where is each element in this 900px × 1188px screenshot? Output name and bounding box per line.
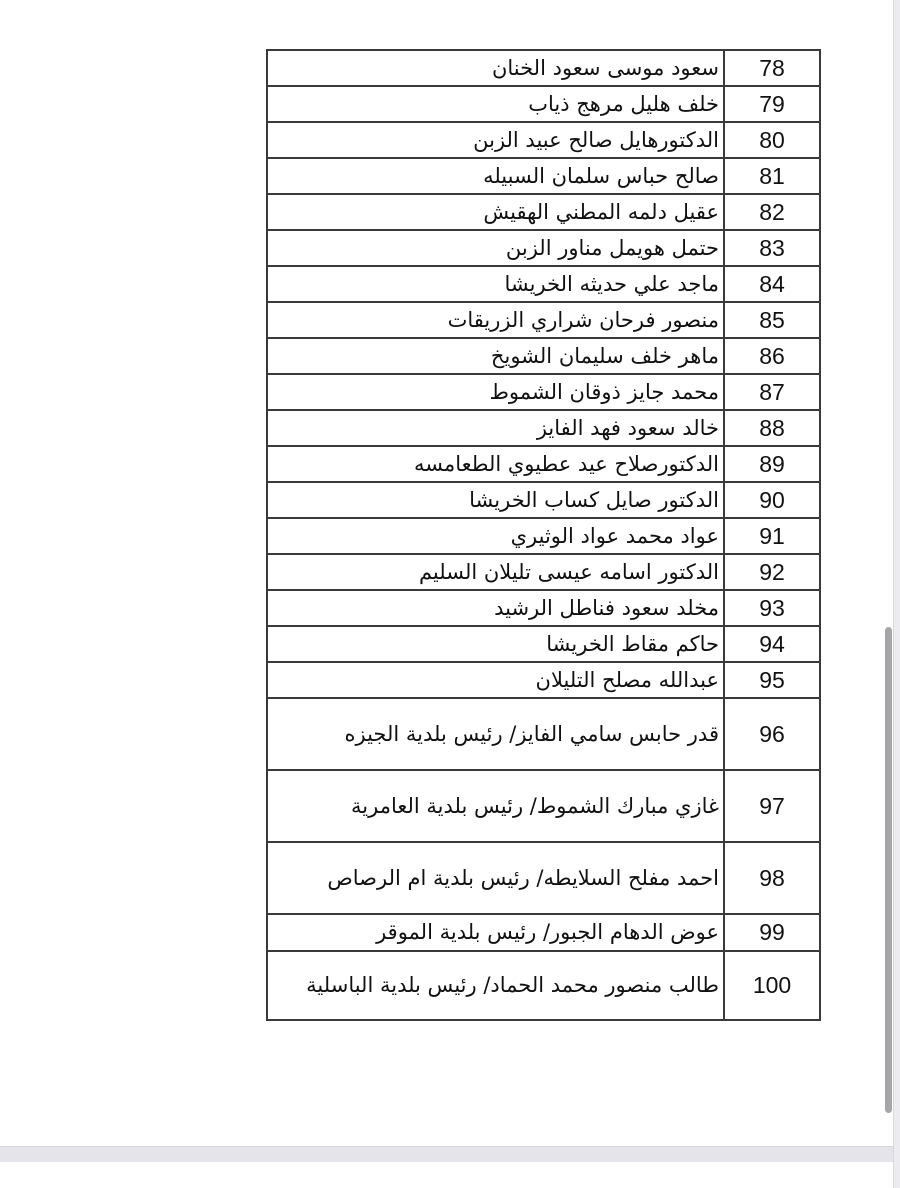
row-name: ماجد علي حديثه الخريشا — [267, 266, 724, 302]
table-row: 84 ماجد علي حديثه الخريشا — [267, 266, 820, 302]
table-row: 94 حاكم مقاط الخريشا — [267, 626, 820, 662]
row-number: 89 — [724, 446, 820, 482]
table-row: 87 محمد جايز ذوقان الشموط — [267, 374, 820, 410]
table-row: 78 سعود موسى سعود الخنان — [267, 50, 820, 86]
table-row: 81 صالح حباس سلمان السبيله — [267, 158, 820, 194]
row-number: 94 — [724, 626, 820, 662]
row-number: 93 — [724, 590, 820, 626]
table-row: 95 عبدالله مصلح التليلان — [267, 662, 820, 698]
table-row: 89 الدكتورصلاح عيد عطيوي الطعامسه — [267, 446, 820, 482]
page-separator — [0, 1146, 893, 1163]
row-name: سعود موسى سعود الخنان — [267, 50, 724, 86]
row-name: الدكتور اسامه عيسى تليلان السليم — [267, 554, 724, 590]
row-name: خلف هليل مرهج ذياب — [267, 86, 724, 122]
row-name: عواد محمد عواد الوثيري — [267, 518, 724, 554]
row-number: 92 — [724, 554, 820, 590]
row-number: 86 — [724, 338, 820, 374]
row-number: 96 — [724, 698, 820, 770]
row-name: قدر حابس سامي الفايز/ رئيس بلدية الجيزه — [267, 698, 724, 770]
row-number: 79 — [724, 86, 820, 122]
row-number: 84 — [724, 266, 820, 302]
table-row: 92 الدكتور اسامه عيسى تليلان السليم — [267, 554, 820, 590]
row-number: 82 — [724, 194, 820, 230]
table-row: 99 عوض الدهام الجبور/ رئيس بلدية الموقر — [267, 914, 820, 951]
table-row: 91 عواد محمد عواد الوثيري — [267, 518, 820, 554]
row-name: طالب منصور محمد الحماد/ رئيس بلدية الباس… — [267, 951, 724, 1020]
row-number: 95 — [724, 662, 820, 698]
row-number: 85 — [724, 302, 820, 338]
table-row: 93 مخلد سعود فناطل الرشيد — [267, 590, 820, 626]
row-name: مخلد سعود فناطل الرشيد — [267, 590, 724, 626]
table-row: 83 حتمل هويمل مناور الزبن — [267, 230, 820, 266]
row-name: منصور فرحان شراري الزريقات — [267, 302, 724, 338]
table-row: 82 عقيل دلمه المطني الهقيش — [267, 194, 820, 230]
row-name: محمد جايز ذوقان الشموط — [267, 374, 724, 410]
row-number: 100 — [724, 951, 820, 1020]
table-row: 80 الدكتورهايل صالح عبيد الزبن — [267, 122, 820, 158]
row-name: حاكم مقاط الخريشا — [267, 626, 724, 662]
table-row: 97 غازي مبارك الشموط/ رئيس بلدية العامري… — [267, 770, 820, 842]
row-name: صالح حباس سلمان السبيله — [267, 158, 724, 194]
table-row: 88 خالد سعود فهد الفايز — [267, 410, 820, 446]
row-number: 78 — [724, 50, 820, 86]
row-name: عقيل دلمه المطني الهقيش — [267, 194, 724, 230]
table-row: 86 ماهر خلف سليمان الشويخ — [267, 338, 820, 374]
table-row: 100 طالب منصور محمد الحماد/ رئيس بلدية ا… — [267, 951, 820, 1020]
table-row: 79 خلف هليل مرهج ذياب — [267, 86, 820, 122]
row-number: 88 — [724, 410, 820, 446]
row-name: ماهر خلف سليمان الشويخ — [267, 338, 724, 374]
names-table: 78 سعود موسى سعود الخنان 79 خلف هليل مره… — [266, 49, 821, 1021]
row-number: 91 — [724, 518, 820, 554]
document-viewport[interactable]: 78 سعود موسى سعود الخنان 79 خلف هليل مره… — [0, 0, 893, 1146]
table-row: 98 احمد مفلح السلايطه/ رئيس بلدية ام الر… — [267, 842, 820, 914]
row-number: 81 — [724, 158, 820, 194]
row-name: خالد سعود فهد الفايز — [267, 410, 724, 446]
vertical-scrollbar-thumb[interactable] — [885, 627, 892, 1113]
row-name: غازي مبارك الشموط/ رئيس بلدية العامرية — [267, 770, 724, 842]
row-number: 90 — [724, 482, 820, 518]
next-document-page — [0, 1162, 893, 1188]
row-number: 80 — [724, 122, 820, 158]
document-page: 78 سعود موسى سعود الخنان 79 خلف هليل مره… — [0, 0, 893, 1146]
table-row: 85 منصور فرحان شراري الزريقات — [267, 302, 820, 338]
row-number: 83 — [724, 230, 820, 266]
row-name: احمد مفلح السلايطه/ رئيس بلدية ام الرصاص — [267, 842, 724, 914]
row-number: 97 — [724, 770, 820, 842]
row-number: 99 — [724, 914, 820, 951]
window-right-edge — [893, 0, 900, 1188]
row-name: الدكتور صايل كساب الخريشا — [267, 482, 724, 518]
row-name: حتمل هويمل مناور الزبن — [267, 230, 724, 266]
table-row: 96 قدر حابس سامي الفايز/ رئيس بلدية الجي… — [267, 698, 820, 770]
table-row: 90 الدكتور صايل كساب الخريشا — [267, 482, 820, 518]
row-number: 98 — [724, 842, 820, 914]
row-name: الدكتورهايل صالح عبيد الزبن — [267, 122, 724, 158]
row-name: عبدالله مصلح التليلان — [267, 662, 724, 698]
row-number: 87 — [724, 374, 820, 410]
row-name: الدكتورصلاح عيد عطيوي الطعامسه — [267, 446, 724, 482]
row-name: عوض الدهام الجبور/ رئيس بلدية الموقر — [267, 914, 724, 951]
